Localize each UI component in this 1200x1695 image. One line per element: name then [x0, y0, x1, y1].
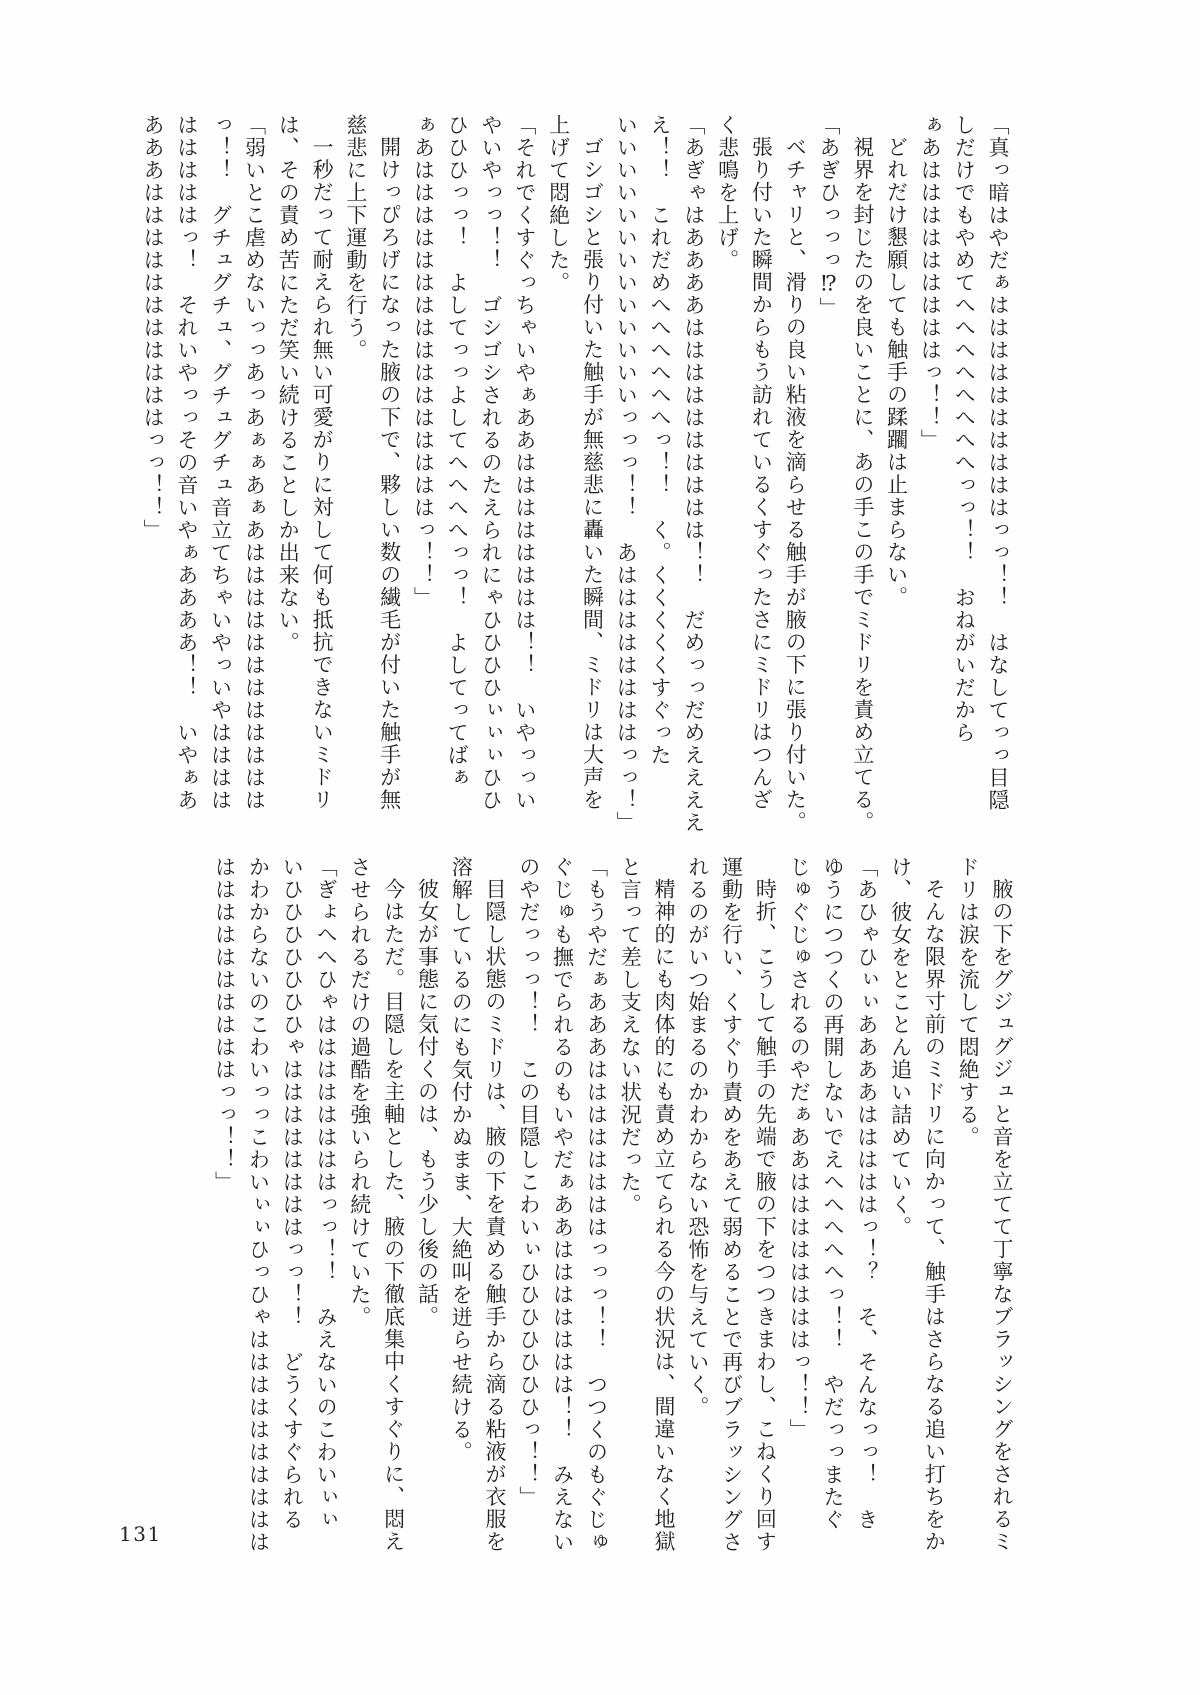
- text-column: 「あひゃひぃぃああああはははははっ！？ そ、そんなっっ！ き: [849, 856, 883, 1558]
- text-column: 「ぎょへへひゃははははははははっっ！！ みえないのこわいぃぃ: [308, 856, 342, 1558]
- text-column: やいやっっ！！ ゴシゴシされるのたえられにゃひひひひぃぃぃひひ: [473, 114, 507, 816]
- text-column: のやだっっっ！！ この目隠しこわいぃひひひひひひひっ！！」: [511, 856, 545, 1558]
- text-column: いひひひひひひひゃははははははははっっ！！ どうくすぐられる: [274, 856, 308, 1558]
- text-column: 腋の下をグジュグジュと音を立てて丁寧なブラッシングをされるミ: [984, 856, 1018, 1558]
- text-column: あああはははははははははははっっ！！」: [135, 114, 169, 816]
- text-column: え！！ これだめへへへへへへっ！！ く。くくくくくすぐった: [642, 114, 676, 816]
- text-column: しだけでもやめてへへへへへへへへっっ！！ おねがいだから: [946, 114, 980, 816]
- text-column: 開けっぴろげになった腋の下で、夥しい数の繊毛が付いた触手が無: [372, 114, 406, 816]
- text-column: 上げて悶絶した。: [541, 114, 575, 816]
- text-column: 張り付いた瞬間からもう訪れているくすぐったさにミドリはつんざ: [744, 114, 778, 816]
- text-column: 今はただ。目隠しを主軸とした、腋の下徹底集中くすぐりに、悶え: [376, 856, 410, 1558]
- text-column: ゆうにつつくの再開しないでえへへへへへっ！！ やだっっまたぐ: [815, 856, 849, 1558]
- text-column: ひひひっっ！ よしてっっよしてへへへへっっ！ よしてってばぁ: [439, 114, 473, 816]
- text-column: じゅぐじゅされるのやだぁああははははははははっ！！」: [781, 856, 815, 1558]
- page-number: 131: [119, 1522, 162, 1546]
- bottom-text-block: 腋の下をグジュグジュと音を立てて丁寧なブラッシングをされるミドリは涙を流して悶絶…: [207, 856, 1018, 1558]
- text-column: 時折、こうして触手の先端で腋の下をつつきまわし、こねくり回す: [748, 856, 782, 1558]
- text-column: いいいいいいいいいいいいいっっっ！！ あははははははははっっ！」: [608, 114, 642, 816]
- text-column: ははははははははははっっ！！」: [207, 856, 241, 1558]
- text-column: 「それでくすぐっちゃいやぁああはははははははは！！ いやっっい: [507, 114, 541, 816]
- text-column: させられるだけの過酷を強いられ続けていた。: [342, 856, 376, 1558]
- text-column: ぐじゅも撫でられるのもいやだぁああははははははは！！ みえない: [545, 856, 579, 1558]
- text-column: れるのがいつ始まるのかわからない恐怖を与えていく。: [680, 856, 714, 1558]
- text-column: 溶解しているのにも気付かぬまま、大絶叫を迸らせ続ける。: [443, 856, 477, 1558]
- document-page: 「真っ暗はやだぁははははははははははっっ！！ はなしてっっ目隠しだけでもやめてへ…: [0, 0, 1200, 1695]
- text-column: ドリは涙を流して悶絶する。: [950, 856, 984, 1558]
- text-column: はははははっ！ それいやっっその音いやぁああああ！！ いやぁあ: [169, 114, 203, 816]
- text-column: ぁあははははははははははははははははっ！！」: [406, 114, 440, 816]
- text-column: ベチャリと、滑りの良い粘液を滴らせる触手が腋の下に張り付いた。: [777, 114, 811, 816]
- text-column: 一秒だって耐えられ無い可愛がりに対して何も抵抗できないミドリ: [304, 114, 338, 816]
- text-column: ぁあはははははははははっ！！」: [913, 114, 947, 816]
- text-column: く悲鳴を上げ。: [710, 114, 744, 816]
- text-column: 目隠し状態のミドリは、腋の下を責める触手から滴る粘液が衣服を: [477, 856, 511, 1558]
- text-column: 彼女が事態に気付くのは、もう少し後の話。: [410, 856, 444, 1558]
- text-column: どれだけ懇願しても触手の蹂躙は止まらない。: [879, 114, 913, 816]
- text-column: 「弱いとこ虐めないっっあっあぁぁあぁあはははははははははははは: [237, 114, 271, 816]
- text-column: 「真っ暗はやだぁははははははははははっっ！！ はなしてっっ目隠: [980, 114, 1014, 816]
- text-column: け、彼女をとことん追い詰めていく。: [883, 856, 917, 1558]
- text-column: そんな限界寸前のミドリに向かって、触手はさらなる追い打ちをか: [917, 856, 951, 1558]
- text-column: と言って差し支えない状況だった。: [612, 856, 646, 1558]
- text-column: 慈悲に上下運動を行う。: [338, 114, 372, 816]
- text-column: は、その責め苦にただ笑い続けることしか出来ない。: [270, 114, 304, 816]
- text-column: 「あぎゃはああああはははははははははは！！ だめっっだめええええ: [676, 114, 710, 816]
- text-column: かわからないのこわいっっこわいぃぃひっひゃはははははははははは: [241, 856, 275, 1558]
- top-text-block: 「真っ暗はやだぁははははははははははっっ！！ はなしてっっ目隠しだけでもやめてへ…: [135, 114, 1014, 816]
- text-column: 「もうやだぁあああははははははははっっっ！！ つつくのもぐじゅ: [579, 856, 613, 1558]
- text-column: 運動を行い、くすぐり責めをあえて弱めることで再びブラッシングさ: [714, 856, 748, 1558]
- text-column: 精神的にも肉体的にも責め立てられる今の状況は、間違いなく地獄: [646, 856, 680, 1558]
- text-column: 視界を封じたのを良いことに、あの手この手でミドリを責め立てる。: [845, 114, 879, 816]
- text-column: っ！！ グチュグチュ、グチュグチュ音立てちゃいやっいやはははは: [203, 114, 237, 816]
- text-column: ゴシゴシと張り付いた触手が無慈悲に轟いた瞬間、ミドリは大声を: [575, 114, 609, 816]
- text-column: 「あぎひっっっ⁉」: [811, 114, 845, 816]
